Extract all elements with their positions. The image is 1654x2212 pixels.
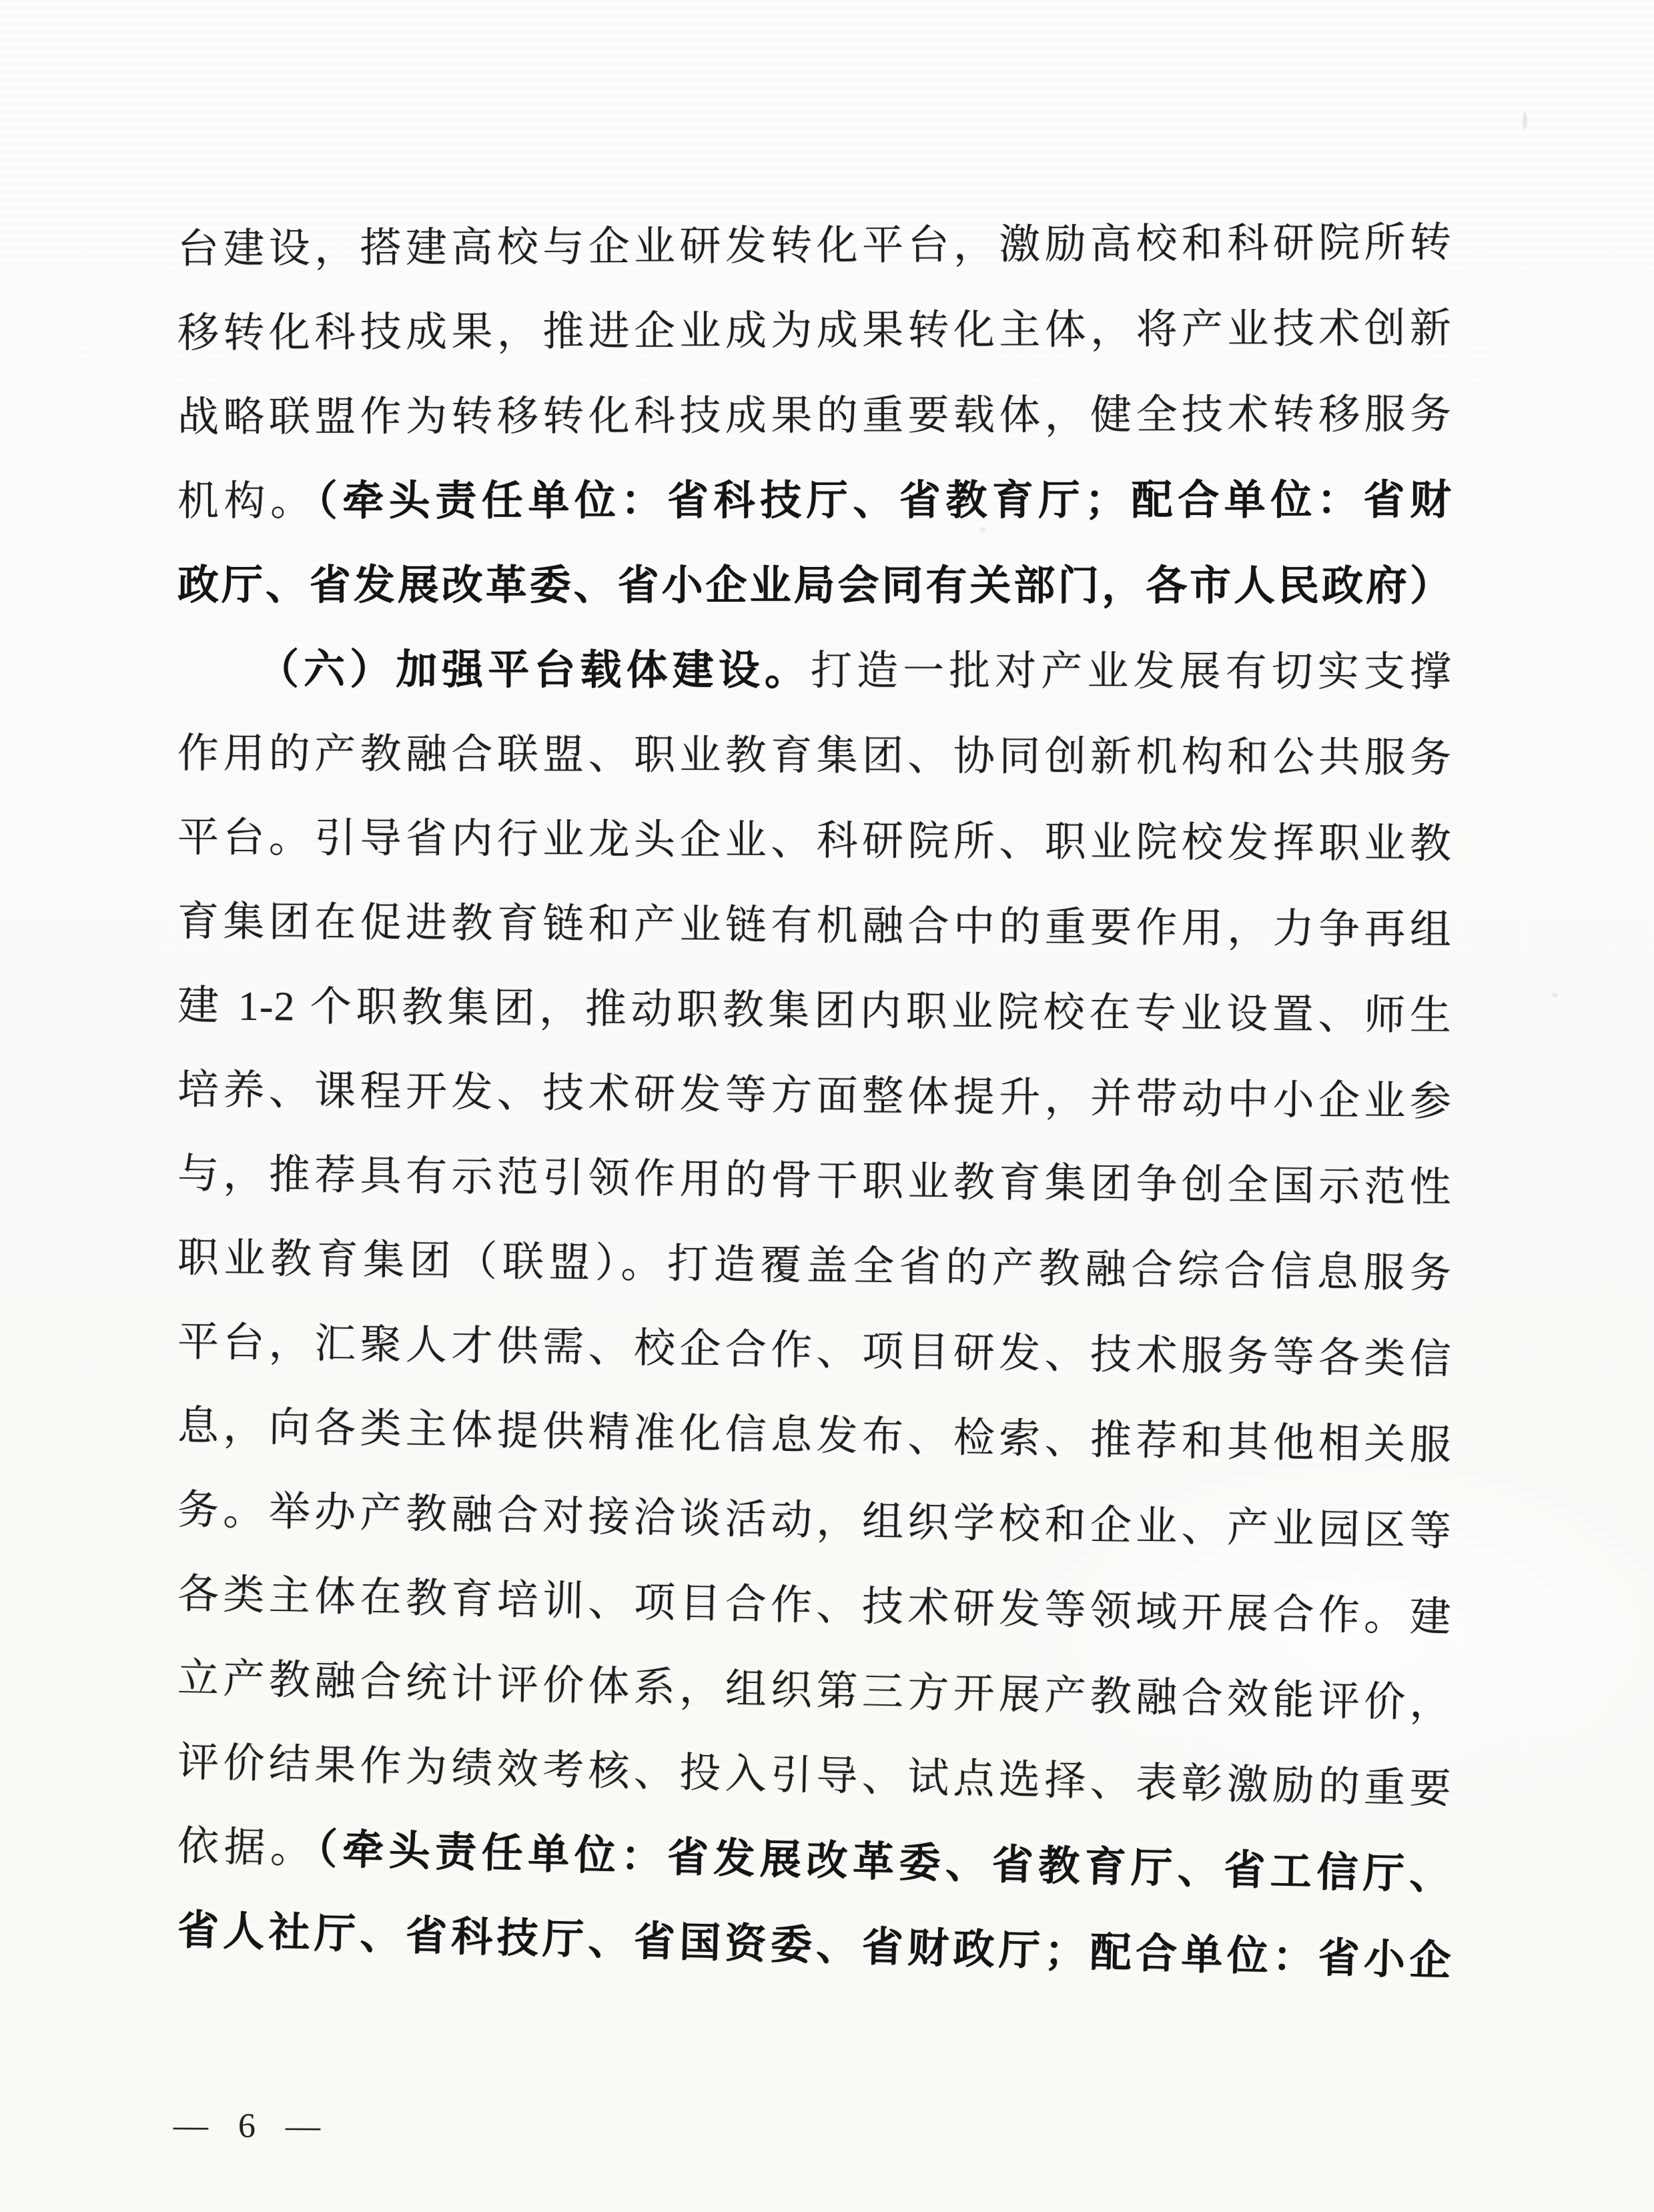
body-text-segment: 务。举办产教融合对接洽谈活动，组织学校和企业、产业园区等	[177, 1488, 1452, 1554]
body-text-segment: 息，向各类主体提供精准化信息发布、检索、推荐和其他相关服	[177, 1404, 1452, 1469]
text-line: 战略联盟作为转移转化科技成果的重要载体，健全技术转移服务	[177, 373, 1452, 460]
text-line: 平台。引导省内行业龙头企业、科研院所、职业院校发挥职业教	[177, 796, 1453, 887]
body-text-segment: 机构。	[177, 479, 317, 524]
text-line: 机构。（牵头责任单位：省科技厅、省教育厅；配合单位：省财	[177, 458, 1452, 544]
body-text-segment: 打造一批对产业发展有切实支撑	[811, 648, 1452, 695]
text-line: 政厅、省发展改革委、省小企业局会同有关部门，各市人民政府）	[177, 544, 1452, 628]
body-text-segment: 依据。	[177, 1824, 317, 1872]
body-text-segment: 培养、课程开发、技术研发等方面整体提升，并带动中小企业参	[177, 1067, 1453, 1125]
body-text-segment: 战略联盟作为转移转化科技成果的重要载体，健全技术转移服务	[177, 392, 1452, 440]
document-text-block: 台建设，搭建高校与企业研发转化平台，激励高校和科研院所转移转化科技成果，推进企业…	[177, 207, 1452, 1973]
body-text-segment: 育集团在促进教育链和产业链有机融合中的重要作用，力争再组	[177, 899, 1452, 953]
text-line: 作用的产教融合联盟、职业教育集团、协同创新机构和公共服务	[177, 712, 1452, 800]
text-line: 育集团在促进教育链和产业链有机融合中的重要作用，力争再组	[177, 880, 1453, 973]
emphasis-text-segment: （牵头责任单位：省发展改革委、省教育厅、省工信厅、	[316, 1826, 1452, 1898]
scan-speck	[1551, 993, 1558, 998]
body-text-segment: 平台，汇聚人才供需、校企合作、项目研发、技术服务等各类信	[177, 1319, 1453, 1383]
scan-speck	[1523, 112, 1527, 129]
body-text-segment: 立产教融合统计评价体系，组织第三方开展产教融合效能评价，	[177, 1656, 1452, 1726]
text-line: 与，推荐具有示范引领作用的骨干职业教育集团争创全国示范性	[177, 1132, 1452, 1230]
text-line: 职业教育集团（联盟）。打造覆盖全省的产教融合综合信息服务	[177, 1216, 1452, 1316]
page-number: — 6 —	[173, 2103, 331, 2150]
text-line: 建 1-2 个职教集团，推动职教集团内职业院校在专业设置、师生	[177, 964, 1452, 1058]
text-line: 台建设，搭建高校与企业研发转化平台，激励高校和科研院所转	[177, 201, 1453, 292]
body-text-segment: 移转化科技成果，推进企业成为成果转化主体，将产业技术创新	[177, 306, 1452, 356]
text-line: 移转化科技成果，推进企业成为成果转化主体，将产业技术创新	[177, 287, 1452, 376]
emphasis-text-segment: （牵头责任单位：省科技厅、省教育厅；配合单位：省财	[317, 477, 1452, 524]
body-text-segment: 各类主体在教育培训、项目合作、技术研发等领域开展合作。建	[177, 1572, 1452, 1640]
scanned-document-page: 台建设，搭建高校与企业研发转化平台，激励高校和科研院所转移转化科技成果，推进企业…	[0, 0, 1654, 2212]
body-text-segment: 评价结果作为绩效考核、投入引导、试点选择、表彰激励的重要	[177, 1740, 1452, 1812]
body-text-segment: 台建设，搭建高校与企业研发转化平台，激励高校和科研院所转	[177, 220, 1452, 272]
emphasis-text-segment: 省人社厅、省科技厅、省国资委、省财政厅；配合单位：省小企	[177, 1907, 1452, 1985]
text-line: （六）加强平台载体建设。打造一批对产业发展有切实支撑	[177, 628, 1452, 714]
body-text-segment: 平台。引导省内行业龙头企业、科研院所、职业院校发挥职业教	[177, 815, 1452, 867]
text-line: 培养、课程开发、技术研发等方面整体提升，并带动中小企业参	[177, 1048, 1452, 1144]
body-text-segment: 与，推荐具有示范引领作用的骨干职业教育集团争创全国示范性	[177, 1151, 1453, 1211]
emphasis-text-segment: 政厅、省发展改革委、省小企业局会同有关部门，各市人民政府）	[177, 562, 1452, 609]
body-text-segment: 建 1-2 个职教集团，推动职教集团内职业院校在专业设置、师生	[177, 983, 1452, 1039]
body-text-segment: 作用的产教融合联盟、职业教育集团、协同创新机构和公共服务	[177, 731, 1452, 781]
body-text-segment: 职业教育集团（联盟）。打造覆盖全省的产教融合综合信息服务	[177, 1235, 1453, 1297]
emphasis-text-segment: （六）加强平台载体建设。	[258, 646, 811, 694]
